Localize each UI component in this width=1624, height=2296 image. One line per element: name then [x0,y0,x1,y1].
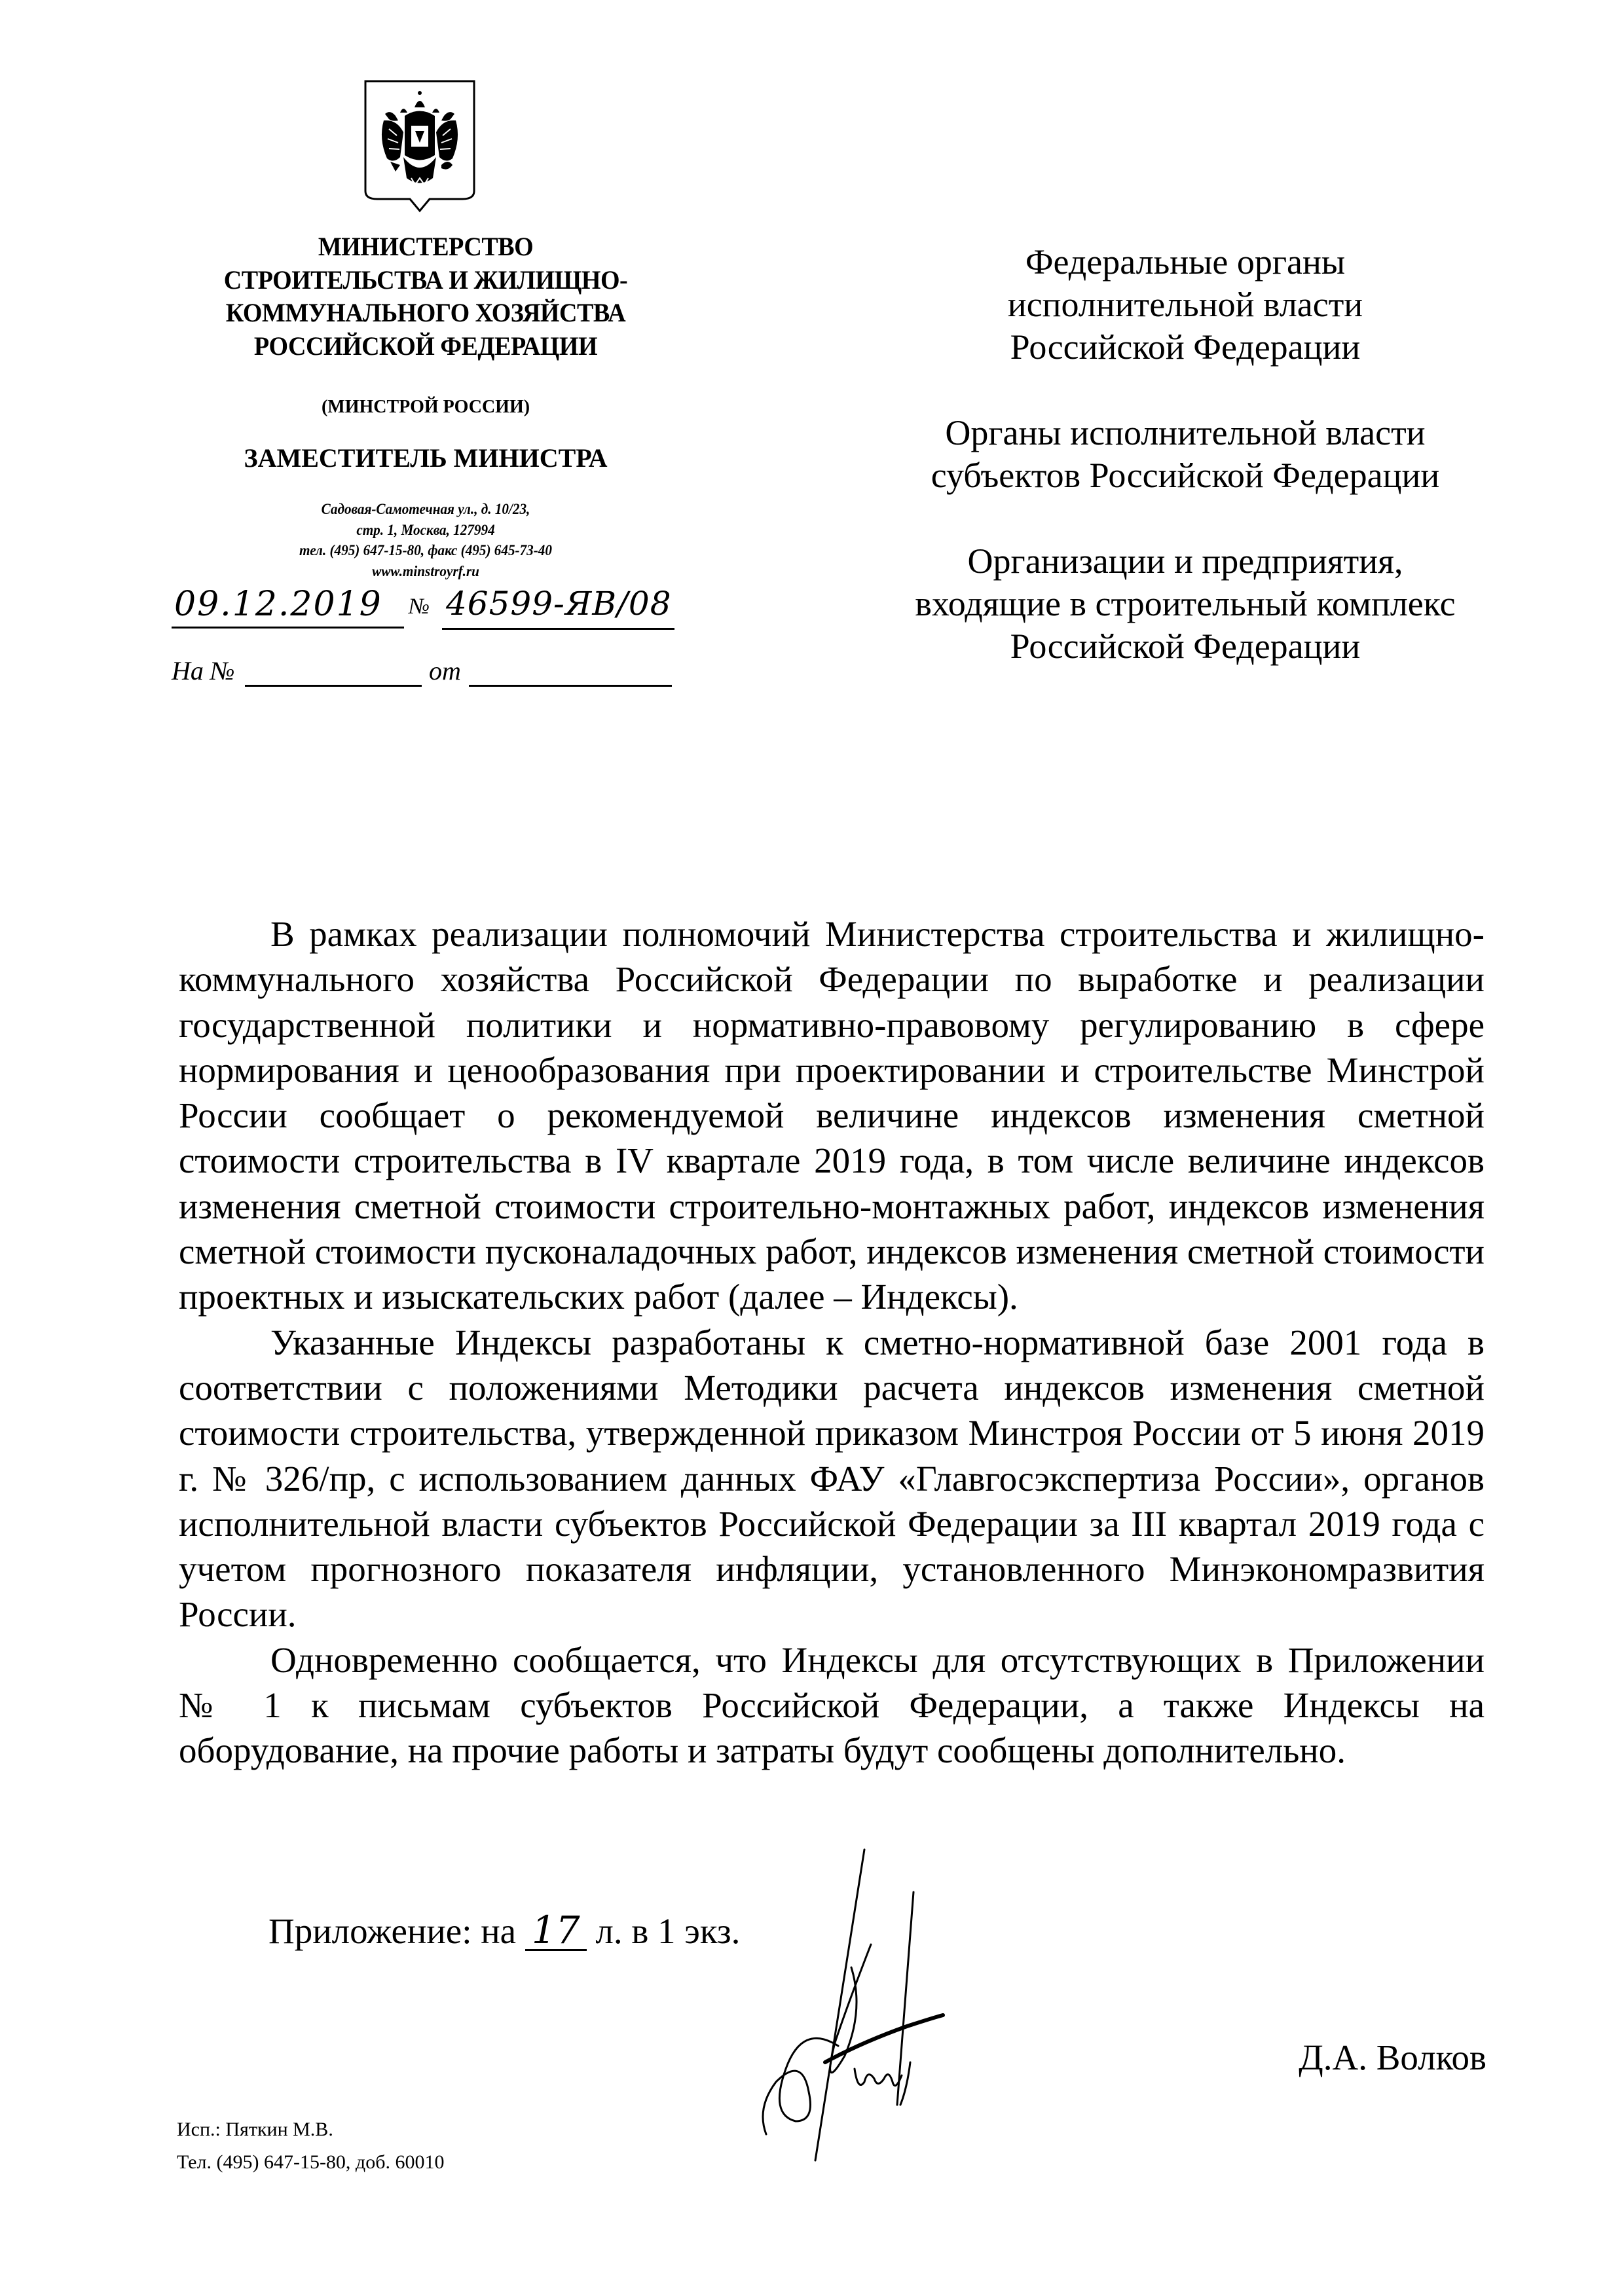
attachment-prefix: Приложение: на [268,1911,516,1951]
website-link[interactable]: www.minstroyrf.ru [185,561,667,582]
addressee-federal-bodies: Федеральные органы исполнительной власти… [845,241,1526,369]
ministry-title: МИНИСТЕРСТВО СТРОИТЕЛЬСТВА И ЖИЛИЩНО- КО… [177,230,674,363]
registration-number: 46599-ЯВ/08 [442,583,674,630]
addressee-line: Органы исполнительной власти [845,412,1526,454]
double-headed-eagle-icon [364,80,475,214]
coat-of-arms-emblem [364,80,475,214]
address-line: стр. 1, Москва, 127994 [185,520,667,541]
signer-name: Д.А. Волков [1231,2036,1486,2079]
reply-date-field [469,685,672,687]
addressee-block: Федеральные органы исполнительной власти… [845,241,1526,711]
addressee-line: Российской Федерации [845,625,1526,668]
reply-number-field [245,685,422,687]
attachment-sheet-count: 17 [525,1911,587,1951]
addressee-line: входящие в строительный комплекс [845,583,1526,625]
ministry-title-line: МИНИСТЕРСТВО [177,230,674,264]
ministry-short-name: (МИНСТРОЙ РОССИИ) [164,396,688,418]
reply-number-label: На № [172,655,235,687]
ministry-address: Садовая-Самотечная ул., д. 10/23, стр. 1… [185,499,667,581]
registration-line: 09.12.2019 № 46599-ЯВ/08 [172,583,689,635]
addressee-line: Российской Федерации [845,326,1526,369]
ministry-title-line: РОССИЙСКОЙ ФЕДЕРАЦИИ [177,330,674,363]
body-paragraph: Одновременно сообщается, что Индексы для… [179,1637,1485,1774]
executor-name: Исп.: Пяткин М.В. [177,2113,444,2146]
addressee-line: исполнительной власти [845,283,1526,326]
registration-date: 09.12.2019 [172,583,404,629]
addressee-line: Федеральные органы [845,241,1526,283]
executor-info: Исп.: Пяткин М.В. Тел. (495) 647-15-80, … [177,2113,444,2179]
letter-body: В рамках реализации полномочий Министерс… [179,911,1485,1774]
handwritten-signature-icon [717,1846,1018,2167]
addressee-line: субъектов Российской Федерации [845,454,1526,497]
body-paragraph: В рамках реализации полномочий Министерс… [179,911,1485,1320]
body-paragraph: Указанные Индексы разработаны к сметно-н… [179,1320,1485,1637]
address-line: Садовая-Самотечная ул., д. 10/23, [185,499,667,520]
reply-from-label: от [429,655,461,687]
signature [717,1846,1018,2167]
position-title: ЗАМЕСТИТЕЛЬ МИНИСТРА [164,443,688,474]
addressee-organizations: Организации и предприятия, входящие в ст… [845,540,1526,668]
executor-phone: Тел. (495) 647-15-80, доб. 60010 [177,2146,444,2179]
ministry-title-line: СТРОИТЕЛЬСТВА И ЖИЛИЩНО- [177,264,674,297]
addressee-regional-bodies: Органы исполнительной власти субъектов Р… [845,412,1526,497]
addressee-line: Организации и предприятия, [845,540,1526,583]
attachment-note: Приложение: на 17 л. в 1 экз. [268,1910,740,1953]
address-line: тел. (495) 647-15-80, факс (495) 645-73-… [185,540,667,561]
ministry-title-line: КОММУНАЛЬНОГО ХОЗЯЙСТВА [177,297,674,330]
reply-reference: На № от [172,655,689,694]
number-sign: № [409,594,430,619]
